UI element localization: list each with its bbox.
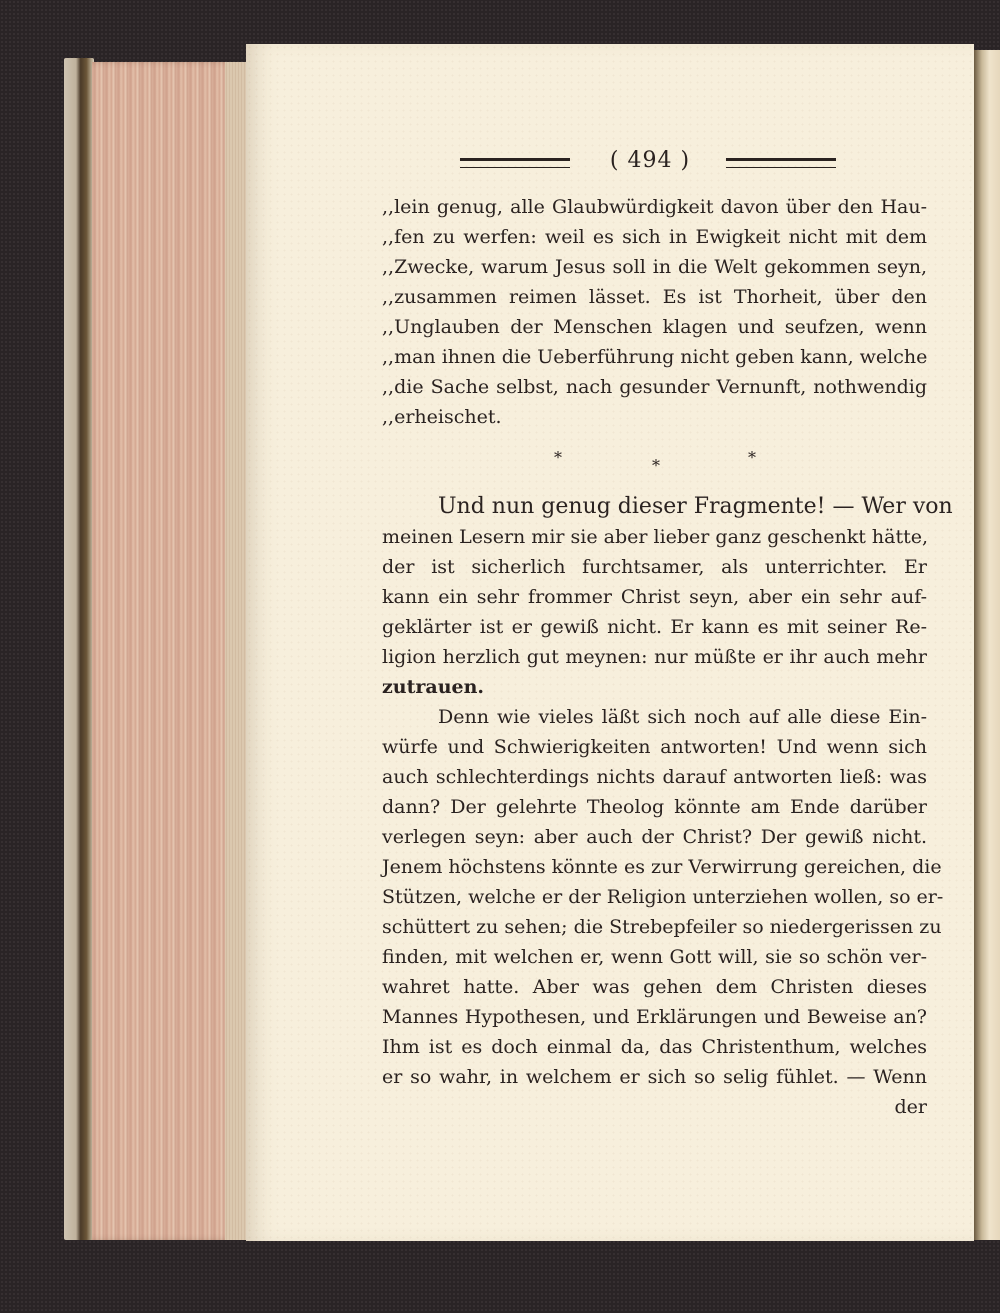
text-line: Stützen, welche er der Religion unterzie… bbox=[382, 882, 927, 912]
book-cover-edge bbox=[64, 58, 94, 1240]
text-line: ,,zusammen reimen lässet. Es ist Thorhei… bbox=[382, 282, 927, 312]
text-line: schüttert zu sehen; die Strebepfeiler so… bbox=[382, 912, 927, 942]
text-line: ,,man ihnen die Ueberführung nicht geben… bbox=[382, 342, 927, 372]
header-rule-left bbox=[460, 158, 570, 168]
text-line: der ist sicherlich furchtsamer, als unte… bbox=[382, 552, 927, 582]
text-line: Ihm ist es doch einmal da, das Christent… bbox=[382, 1032, 927, 1062]
text-line: ,,Unglauben der Menschen klagen und seuf… bbox=[382, 312, 927, 342]
text-line: kann ein sehr frommer Christ seyn, aber … bbox=[382, 582, 927, 612]
section-separator: * * * bbox=[382, 442, 927, 492]
text-line: Mannes Hypothesen, und Erklärungen und B… bbox=[382, 1002, 927, 1032]
paragraph-2: Denn wie vieles läßt sich noch auf alle … bbox=[382, 702, 927, 1092]
text-line: ,,fen zu werfen: weil es sich in Ewigkei… bbox=[382, 222, 927, 252]
asterism-star: * bbox=[554, 448, 562, 467]
paragraph-1: Und nun genug dieser Fragmente! — Wer vo… bbox=[382, 492, 927, 702]
text-line: Jenem höchstens könnte es zur Verwirrung… bbox=[382, 852, 927, 882]
text-line: er so wahr, in welchem er sich so selig … bbox=[382, 1062, 927, 1092]
page-header: ( 494 ) bbox=[460, 148, 840, 178]
text-line: wahret hatte. Aber was gehen dem Christe… bbox=[382, 972, 927, 1002]
text-line: würfe und Schwierigkeiten antworten! Und… bbox=[382, 732, 927, 762]
text-line: meinen Lesern mir sie aber lieber ganz g… bbox=[382, 522, 927, 552]
quote-paragraph: ,,lein genug, alle Glaubwürdigkeit davon… bbox=[382, 192, 927, 432]
text-line: ,,die Sache selbst, nach gesunder Vernun… bbox=[382, 372, 927, 402]
text-line: zutrauen. bbox=[382, 672, 927, 702]
page-number: ( 494 ) bbox=[598, 148, 702, 173]
text-line: ligion herzlich gut meynen: nur müßte er… bbox=[382, 642, 927, 672]
text-line: dann? Der gelehrte Theolog könnte am End… bbox=[382, 792, 927, 822]
text-line: finden, mit welchen er, wenn Gott will, … bbox=[382, 942, 927, 972]
text-line: geklärter ist er gewiß nicht. Er kann es… bbox=[382, 612, 927, 642]
text-line: ,,lein genug, alle Glaubwürdigkeit davon… bbox=[382, 192, 927, 222]
text-line: Denn wie vieles läßt sich noch auf alle … bbox=[382, 702, 927, 732]
next-page-edge bbox=[974, 50, 1000, 1240]
text-line: ,,erheischet. bbox=[382, 402, 927, 432]
catchword: der bbox=[382, 1092, 927, 1122]
asterism-star: * bbox=[748, 448, 756, 467]
page-body: ,,lein genug, alle Glaubwürdigkeit davon… bbox=[382, 192, 927, 1122]
page-stack-edge bbox=[92, 62, 247, 1240]
text-line: ,,Zwecke, warum Jesus soll in die Welt g… bbox=[382, 252, 927, 282]
text-line: auch schlechterdings nichts darauf antwo… bbox=[382, 762, 927, 792]
asterism-star: * bbox=[652, 456, 660, 475]
header-rule-right bbox=[726, 158, 836, 168]
text-line: verlegen seyn: aber auch der Christ? Der… bbox=[382, 822, 927, 852]
text-line: Und nun genug dieser Fragmente! — Wer vo… bbox=[382, 492, 927, 522]
